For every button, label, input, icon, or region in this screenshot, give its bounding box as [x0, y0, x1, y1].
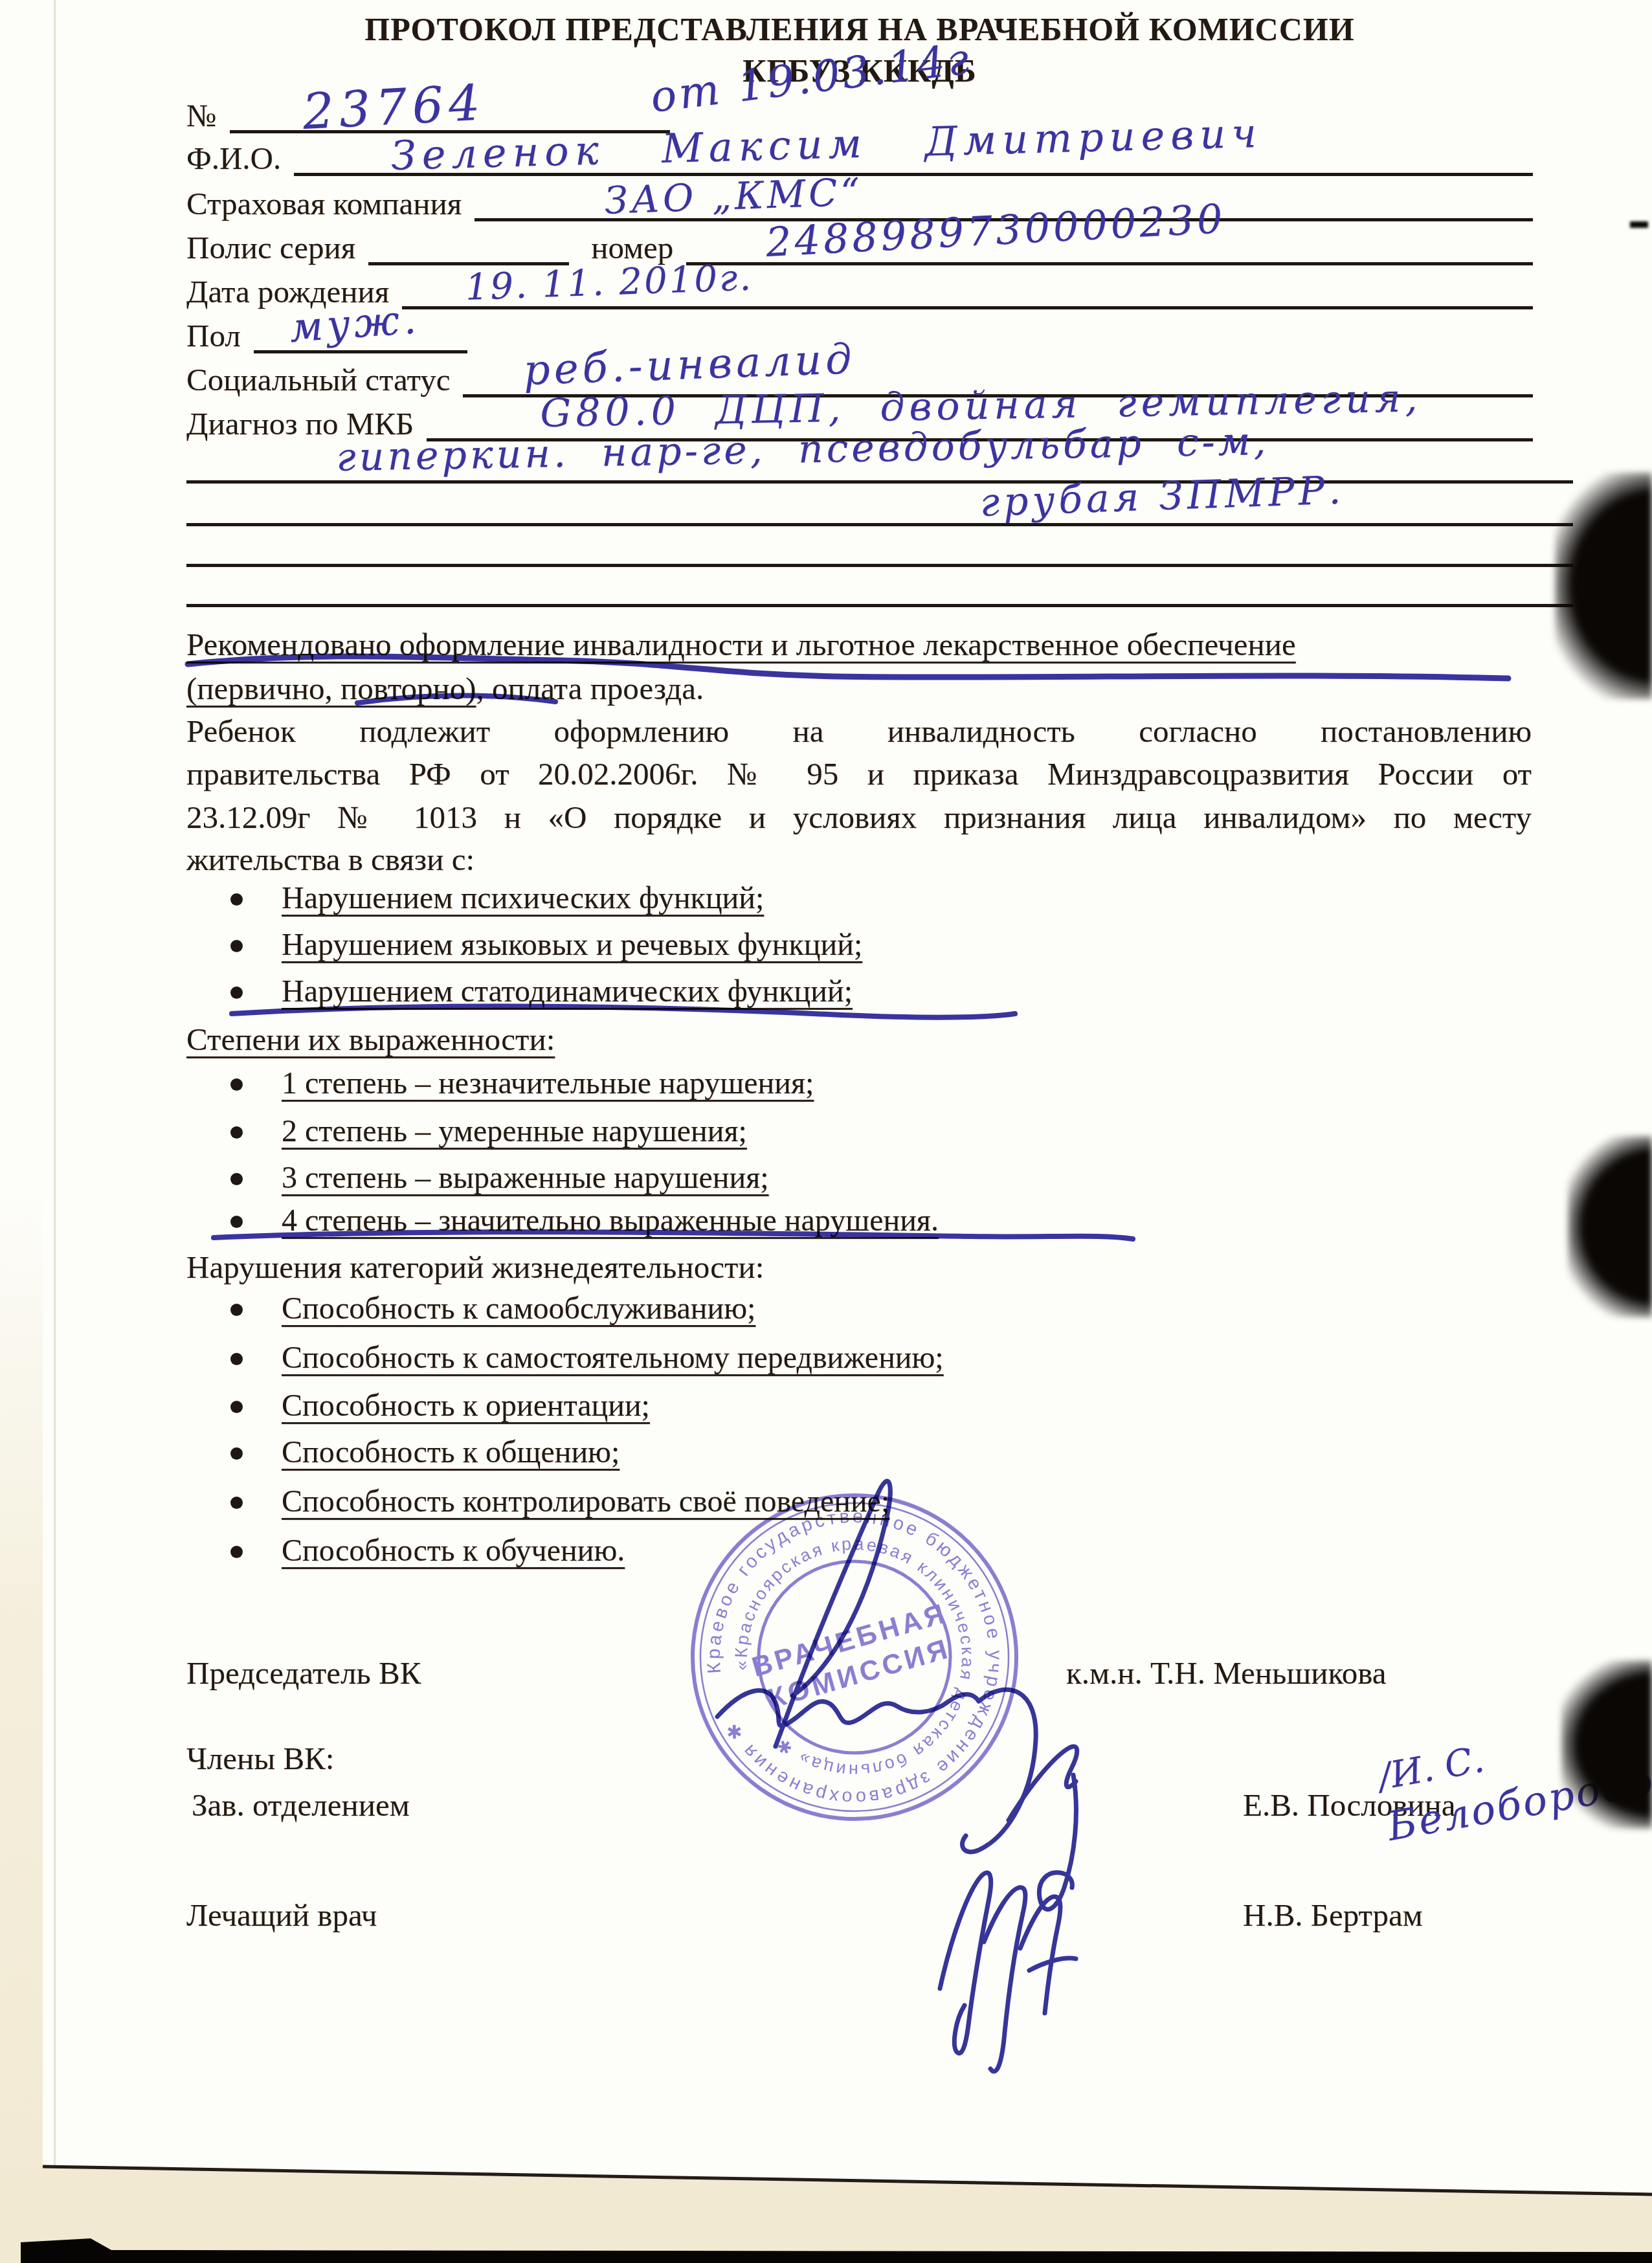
- fio-label: Ф.И.О.: [186, 141, 294, 176]
- bullet-icon: [230, 940, 243, 952]
- blank-line-1: [186, 564, 1573, 567]
- paragraph-line-1: Ребенок подлежит оформлению на инвалидно…: [186, 711, 1532, 752]
- document-title: ПРОТОКОЛ ПРЕДСТАВЛЕНИЯ НА ВРАЧЕБНОЙ КОМИ…: [186, 10, 1533, 48]
- paragraph-line-2: правительства РФ от 20.02.2006г. № 95 и …: [186, 753, 1532, 795]
- paper-edge-line: [43, 2167, 1652, 2194]
- paper-bottom-edge: [0, 2136, 1652, 2263]
- recommendation-line2-underlined: (первично, повторно): [186, 671, 476, 706]
- stamp-center-line1: ВРАЧЕБНАЯ: [748, 1598, 951, 1683]
- scan-smudge-right-2: [1568, 1136, 1652, 1317]
- doctor-label: Лечащий врач: [186, 1897, 377, 1934]
- stamp-outer-ring: [669, 1472, 1040, 1842]
- diagnosis-handwritten-line3: грубая ЗПМРР.: [979, 467, 1346, 526]
- violation-item: Нарушением психических функций;: [230, 880, 1542, 916]
- bullet-icon: [230, 1497, 243, 1509]
- bullet-icon: [230, 893, 243, 906]
- bullet-icon: [230, 1353, 243, 1365]
- insurance-handwritten-value: ЗАО „КМС“: [604, 170, 864, 223]
- degree-item: 1 степень – незначительные нарушения;: [230, 1065, 1542, 1101]
- bullet-icon: [230, 1401, 243, 1413]
- number-label: №: [186, 98, 230, 133]
- category-item: Способность контролировать своё поведени…: [230, 1484, 1542, 1519]
- status-label: Социальный статус: [186, 362, 463, 397]
- categories-heading: Нарушения категорий жизнедеятельности:: [186, 1247, 1532, 1288]
- scan-black-strip: [21, 2238, 1652, 2263]
- sex-handwritten-value: муж.: [288, 295, 421, 351]
- bullet-icon: [230, 1078, 243, 1091]
- members-label: Члены ВК:: [186, 1740, 334, 1777]
- scanner-background: [0, 2165, 1652, 2263]
- paragraph-line-3: 23.12.09г № 1013 н «О порядке и условиях…: [186, 797, 1532, 838]
- category-item: Способность к общению;: [230, 1434, 1542, 1470]
- bullet-icon: [230, 1546, 243, 1558]
- degree-item: 3 степень – выраженные нарушения;: [230, 1160, 1542, 1196]
- doctor-name: Н.В. Бертрам: [1243, 1897, 1423, 1934]
- policy-series-line: [368, 225, 569, 265]
- violation-item: Нарушением статодинамических функций;: [230, 974, 1542, 1009]
- category-item: Способность к ориентации;: [230, 1388, 1542, 1423]
- diagnosis-line-2: [186, 480, 1573, 484]
- stamp-center-line2: КОМИССИЯ: [765, 1633, 954, 1715]
- medical-commission-stamp: Краевое государственное бюджетное учрежд…: [658, 1461, 1051, 1853]
- insurance-label: Страховая компания: [186, 186, 474, 221]
- degree-item: 2 степень – умеренные нарушения;: [230, 1113, 1542, 1149]
- blank-line-2: [186, 604, 1573, 607]
- recommendation-line2: (первично, повторно), оплата проезда.: [186, 668, 1532, 709]
- violation-item: Нарушением языковых и речевых функций;: [230, 927, 1542, 963]
- bullet-icon: [230, 1447, 243, 1460]
- bullet-icon: [230, 1216, 243, 1228]
- recommendation-line1: Рекомендовано оформление инвалидности и …: [186, 624, 1532, 665]
- scan-smudge-right-3: [1561, 1660, 1652, 1829]
- scanner-left-band: [0, 0, 43, 2263]
- recommendation-line2-rest: , оплата проезда.: [476, 671, 704, 706]
- sex-label: Пол: [186, 318, 254, 353]
- policy-series-label: Полис серия: [186, 230, 368, 265]
- bullet-icon: [230, 987, 243, 999]
- doctor-signature: [940, 1873, 1076, 2071]
- bullet-icon: [230, 1126, 243, 1139]
- scan-smudge-right-1: [1555, 473, 1652, 699]
- scan-speck: [1630, 221, 1648, 228]
- degree-item: 4 степень – значительно выраженные наруш…: [230, 1203, 1542, 1238]
- scanned-document-page: ПРОТОКОЛ ПРЕДСТАВЛЕНИЯ НА ВРАЧЕБНОЙ КОМИ…: [0, 0, 1652, 2263]
- paragraph-line-4: жительства в связи с:: [186, 839, 1532, 880]
- bullet-icon: [230, 1173, 243, 1185]
- category-item: Способность к самостоятельному передвиже…: [230, 1340, 1542, 1376]
- head-dept-signature: [1009, 1746, 1077, 1910]
- diagnosis-line-3: [186, 523, 1573, 526]
- chairman-name: к.м.н. Т.Н. Меньшикова: [1066, 1655, 1386, 1691]
- recommendation-line1-text: Рекомендовано оформление инвалидности и …: [186, 627, 1296, 662]
- degrees-heading: Степени их выраженности:: [186, 1019, 1532, 1060]
- stamp-inner-circle: [745, 1548, 965, 1767]
- head-dept-label: Зав. отделением: [192, 1787, 410, 1823]
- category-item: Способность к самообслуживанию;: [230, 1291, 1542, 1326]
- chairman-label: Председатель ВК: [186, 1655, 421, 1691]
- category-item: Способность к обучению.: [230, 1533, 1542, 1568]
- bullet-icon: [230, 1304, 243, 1316]
- paper-crease-line: [54, 0, 56, 2168]
